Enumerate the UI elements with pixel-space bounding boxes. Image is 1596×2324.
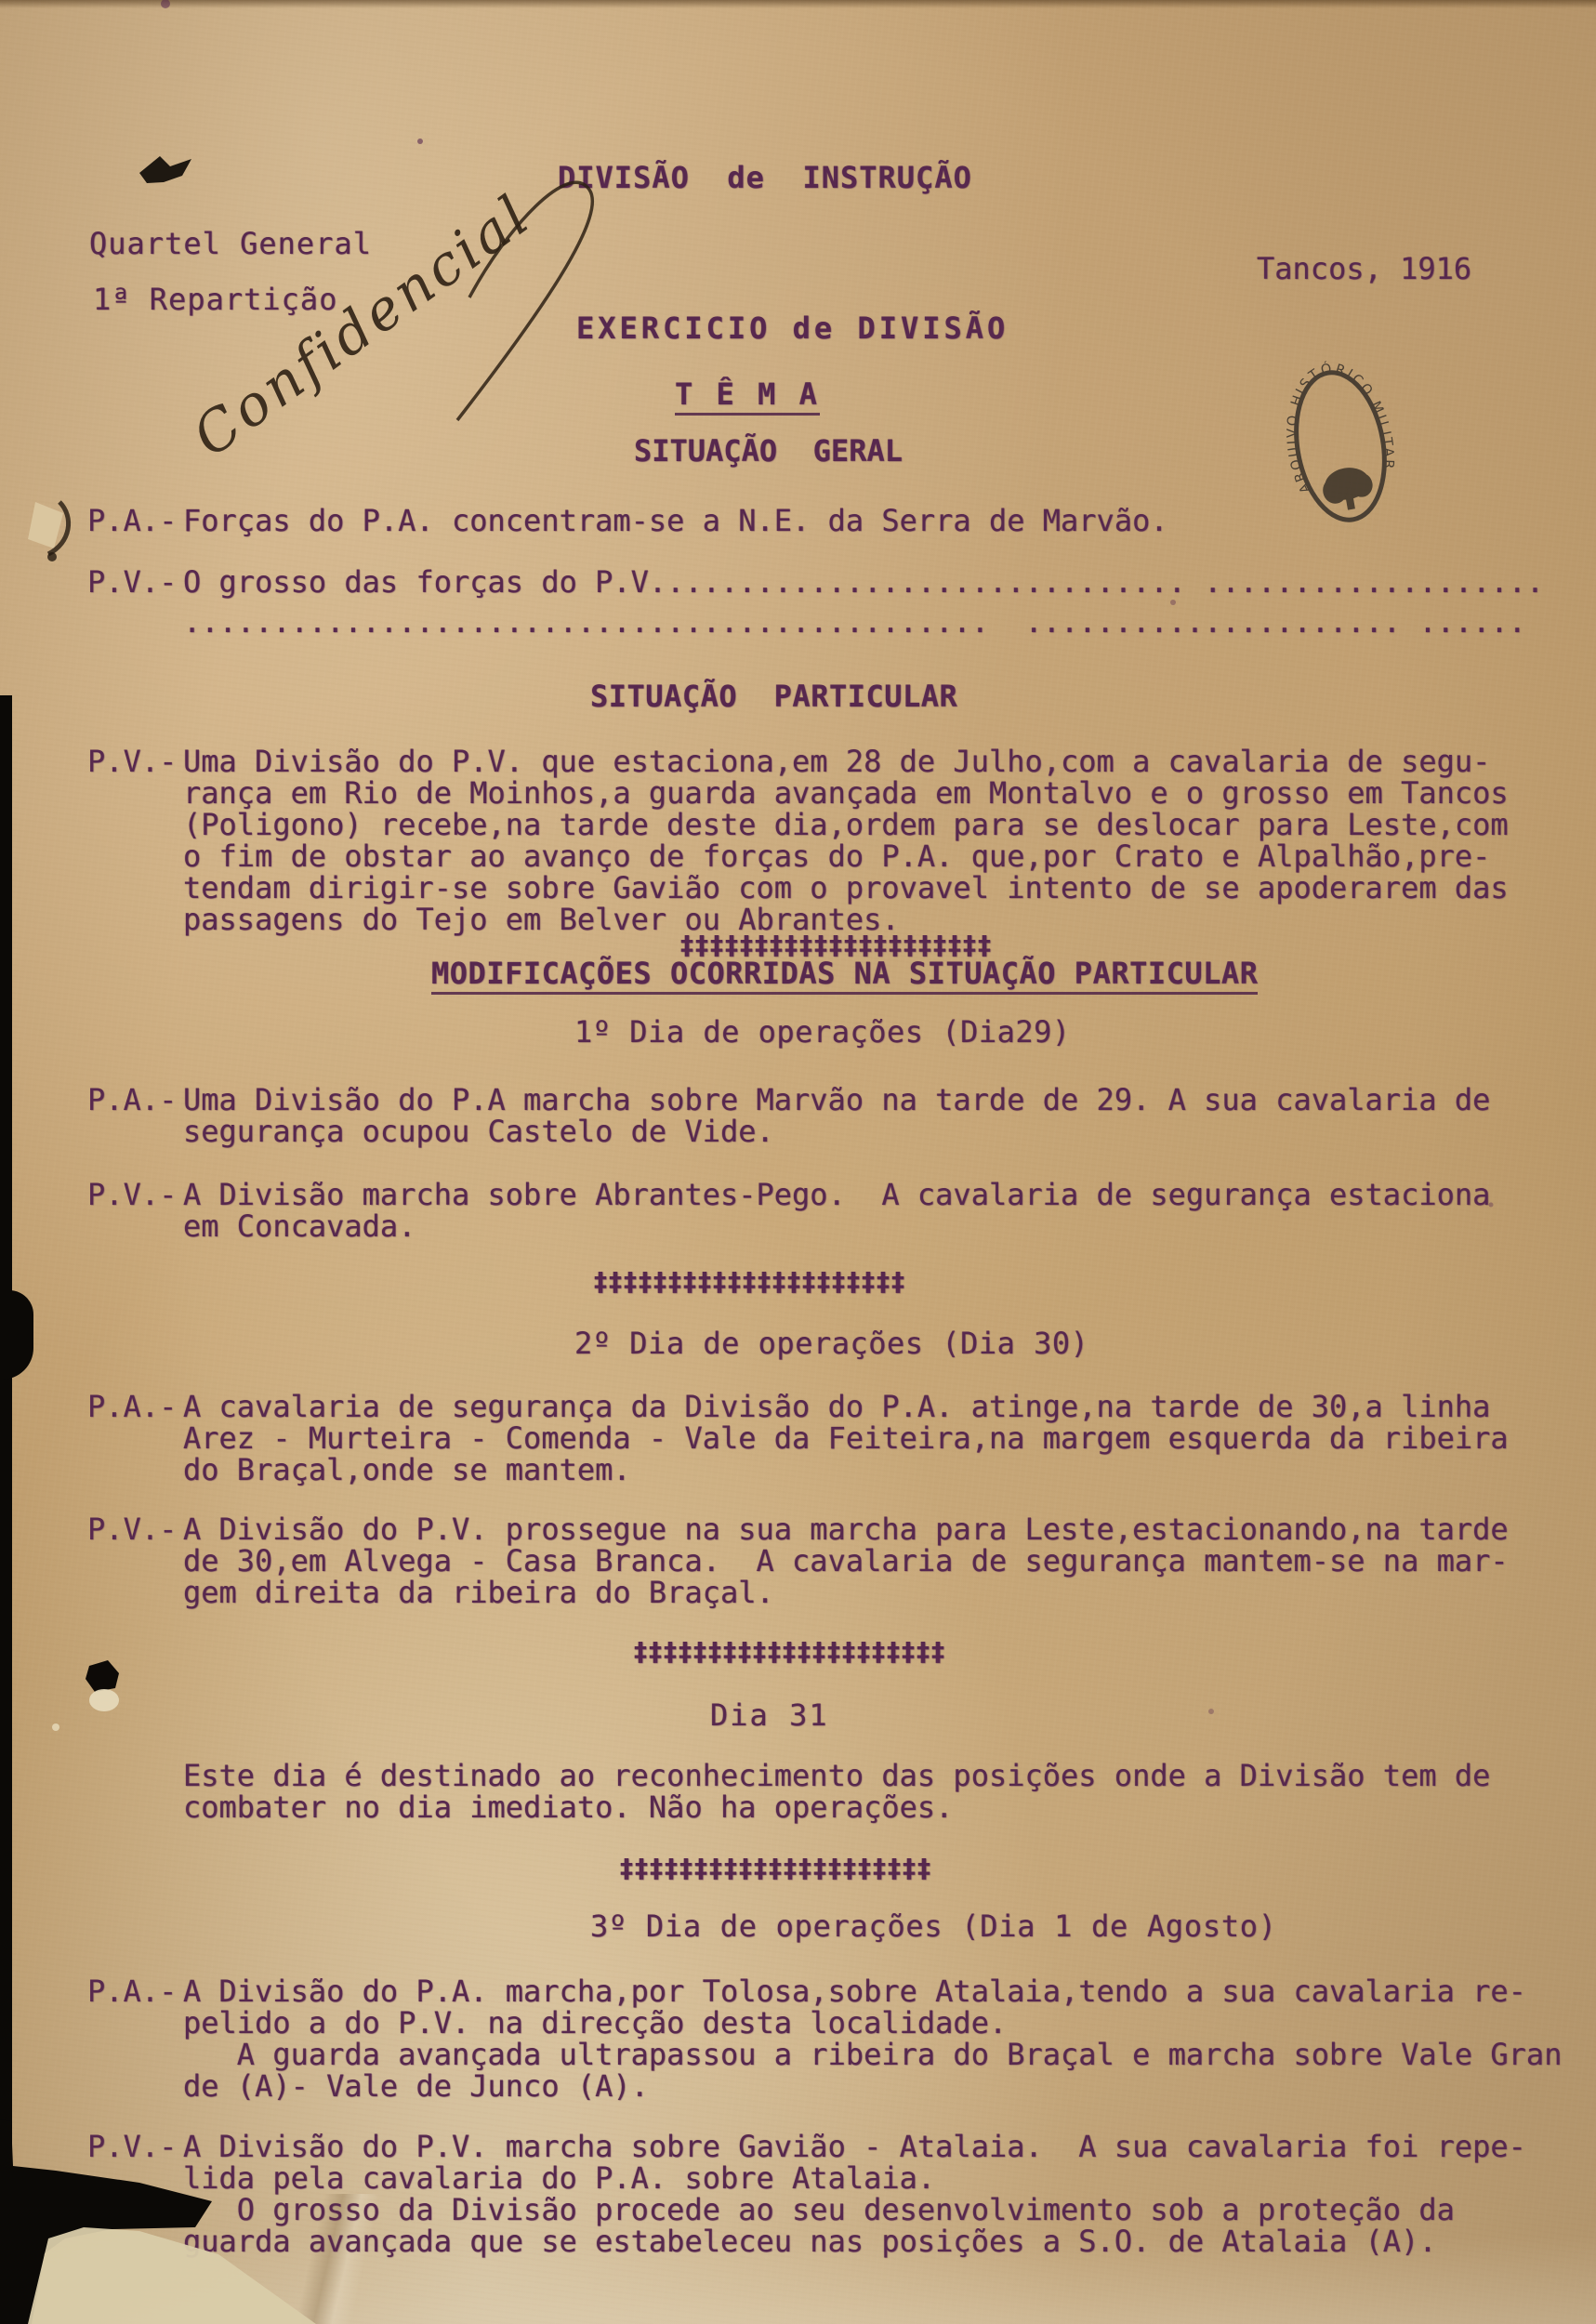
day2-title: 2º Dia de operações (Dia 30) — [574, 1327, 1088, 1359]
day1-pa-text: Uma Divisão do P.A marcha sobre Marvão n… — [183, 1084, 1490, 1147]
unit-line-quartel-general: Quartel General — [89, 228, 372, 259]
day3-title: 3º Dia de operações (Dia 1 de Agosto) — [590, 1910, 1277, 1942]
particular-pv-paragraph: P.V.- Uma Divisão do P.V. que estaciona,… — [87, 746, 1509, 935]
separator-row-3: ‡‡‡‡‡‡‡‡‡‡‡‡‡‡‡‡‡‡‡‡‡ — [634, 1636, 946, 1667]
scanned-document-page: Quartel General 1ª Repartição DIVISÃO de… — [0, 0, 1596, 2324]
day2-pa-text: A cavalaria de segurança da Divisão do P… — [183, 1391, 1509, 1486]
dia31-title: Dia 31 — [710, 1699, 829, 1731]
dia31-text: Este dia é destinado ao reconhecimento d… — [183, 1760, 1490, 1823]
unit-line-reparticao: 1ª Repartição — [93, 284, 337, 315]
day1-title: 1º Dia de operações (Dia29) — [574, 1016, 1071, 1048]
day2-pv-paragraph: P.V.- A Divisão do P.V. prossegue na sua… — [87, 1513, 1509, 1608]
geral-pv-text: O grosso das forças do P.V..............… — [183, 562, 1544, 642]
day2-pa-paragraph: P.A.- A cavalaria de segurança da Divisã… — [87, 1391, 1509, 1486]
exercise-title: EXERCICIO de DIVISÃO — [576, 312, 1009, 344]
tema-heading: T Ê M A — [675, 378, 820, 416]
day3-pv-text: A Divisão do P.V. marcha sobre Gavião - … — [183, 2131, 1526, 2257]
place-date-line: Tancos, 1916 — [1257, 253, 1471, 284]
day2-pv-text: A Divisão do P.V. prossegue na sua march… — [183, 1513, 1509, 1608]
day1-pa-paragraph: P.A.- Uma Divisão do P.A marcha sobre Ma… — [87, 1084, 1490, 1147]
day1-pv-label: P.V.- — [87, 1179, 183, 1210]
particular-pv-label: P.V.- — [87, 746, 183, 777]
geral-pa-text: Forças do P.A. concentram-se a N.E. da S… — [183, 505, 1168, 536]
day2-pv-label: P.V.- — [87, 1513, 183, 1545]
modificacoes-heading: MODIFICAÇÕES OCORRIDAS NA SITUAÇÃO PARTI… — [431, 957, 1258, 995]
geral-pv-label: P.V.- — [87, 562, 183, 602]
day3-pa-paragraph: P.A.- A Divisão do P.A. marcha,por Tolos… — [87, 1975, 1562, 2102]
stamp-emblem — [1320, 464, 1377, 514]
situacao-geral-heading: SITUAÇÃO GERAL — [634, 435, 903, 467]
separator-row-2: ‡‡‡‡‡‡‡‡‡‡‡‡‡‡‡‡‡‡‡‡‡ — [594, 1266, 906, 1297]
day1-pv-text: A Divisão marcha sobre Abrantes-Pego. A … — [183, 1179, 1490, 1242]
day3-pa-label: P.A.- — [87, 1975, 183, 2007]
geral-pa-label: P.A.- — [87, 505, 183, 536]
day3-pv-label: P.V.- — [87, 2131, 183, 2162]
day1-pa-label: P.A.- — [87, 1084, 183, 1116]
particular-pv-text: Uma Divisão do P.V. que estaciona,em 28 … — [183, 746, 1509, 935]
day3-pv-paragraph: P.V.- A Divisão do P.V. marcha sobre Gav… — [87, 2131, 1526, 2257]
day2-pa-label: P.A.- — [87, 1391, 183, 1422]
geral-pa-paragraph: P.A.- Forças do P.A. concentram-se a N.E… — [87, 505, 1168, 536]
separator-row-4: ‡‡‡‡‡‡‡‡‡‡‡‡‡‡‡‡‡‡‡‡‡ — [620, 1853, 932, 1883]
day3-pa-text: A Divisão do P.A. marcha,por Tolosa,sobr… — [183, 1975, 1562, 2102]
situacao-particular-heading: SITUAÇÃO PARTICULAR — [590, 680, 957, 712]
day1-pv-paragraph: P.V.- A Divisão marcha sobre Abrantes-Pe… — [87, 1179, 1490, 1242]
page-title-divisao-instrucao: DIVISÃO de INSTRUÇÃO — [558, 162, 972, 193]
torn-left-edge — [0, 695, 12, 2324]
geral-pv-paragraph: P.V.- O grosso das forças do P.V........… — [87, 562, 1544, 642]
